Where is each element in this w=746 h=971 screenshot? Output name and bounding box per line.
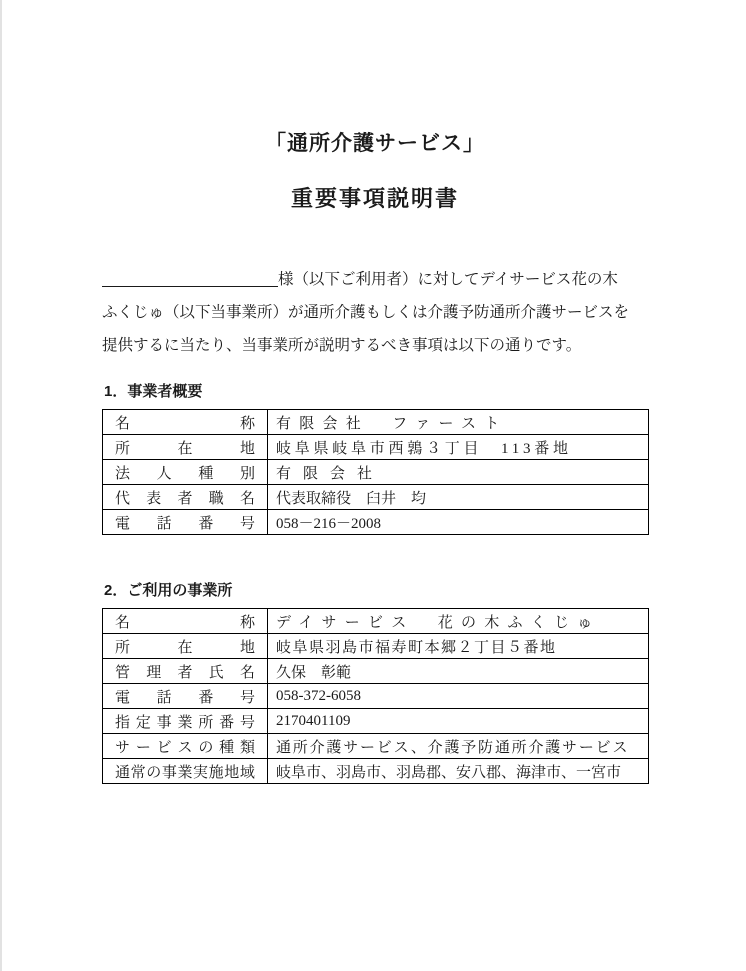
document-subtitle: 重要事項説明書	[102, 184, 648, 214]
intro-line-1-text: 様（以下ご利用者）に対してデイサービス花の木	[278, 271, 618, 288]
row-value: 通所介護サービス、介護予防通所介護サービス	[268, 734, 649, 759]
table-row: 法人種別 有限会社	[103, 460, 649, 485]
document-content: 「通所介護サービス」 重要事項説明書 様（以下ご利用者）に対してデイサービス花の…	[2, 0, 746, 784]
table-row: サービスの種類 通所介護サービス、介護予防通所介護サービス	[103, 734, 649, 759]
table-row: 通常の事業実施地域 岐阜市、羽島市、羽島郡、安八郡、海津市、一宮市	[103, 759, 649, 784]
row-label: 通常の事業実施地域	[115, 761, 255, 782]
row-value: 岐阜県岐阜市西鶉３丁目 113番地	[268, 435, 649, 460]
section-heading-operator: 1．事業者概要	[104, 382, 648, 402]
row-value: 2170401109	[268, 709, 649, 734]
row-value: 岐阜県羽島市福寿町本郷２丁目５番地	[268, 634, 649, 659]
row-value: 有限会社 ファースト	[268, 410, 649, 435]
row-value: 岐阜市、羽島市、羽島郡、安八郡、海津市、一宮市	[268, 759, 649, 784]
intro-paragraph: 様（以下ご利用者）に対してデイサービス花の木 ふくじゅ（以下当事業所）が通所介護…	[102, 263, 648, 362]
intro-line-2: ふくじゅ（以下当事業所）が通所介護もしくは介護予防通所介護サービスを	[102, 296, 648, 329]
row-label: 管理者氏名	[115, 661, 255, 682]
table-row: 電話番号 058－216－2008	[103, 510, 649, 535]
table-row: 所在地 岐阜県岐阜市西鶉３丁目 113番地	[103, 435, 649, 460]
row-label: 代表者職名	[115, 487, 255, 508]
row-label: 電話番号	[115, 686, 255, 707]
section-office-in-use: 2．ご利用の事業所 名称 デイサービス 花の木ふくじゅ 所在地 岐阜県羽島市福寿…	[102, 581, 648, 784]
row-label: 電話番号	[115, 512, 255, 533]
row-label: 名称	[115, 412, 255, 433]
table-row: 名称 有限会社 ファースト	[103, 410, 649, 435]
table-row: 名称 デイサービス 花の木ふくじゅ	[103, 609, 649, 634]
section-heading-office: 2．ご利用の事業所	[104, 581, 648, 601]
row-value: デイサービス 花の木ふくじゅ	[268, 609, 649, 634]
table-row: 代表者職名 代表取締役 臼井 均	[103, 485, 649, 510]
row-label: 指定事業所番号	[115, 711, 255, 732]
row-value: 058-372-6058	[268, 684, 649, 709]
row-label: 名称	[115, 611, 255, 632]
row-label: サービスの種類	[115, 736, 255, 757]
row-label: 所在地	[115, 636, 255, 657]
document-title: 「通所介護サービス」	[102, 128, 648, 158]
row-value: 代表取締役 臼井 均	[268, 485, 649, 510]
row-value: 有限会社	[268, 460, 649, 485]
section-operator-overview: 1．事業者概要 名称 有限会社 ファースト 所在地 岐阜県岐阜市西鶉３丁目 11…	[102, 382, 648, 535]
intro-line-1: 様（以下ご利用者）に対してデイサービス花の木	[102, 263, 648, 296]
row-value: 久保 彰範	[268, 659, 649, 684]
table-row: 指定事業所番号 2170401109	[103, 709, 649, 734]
operator-table: 名称 有限会社 ファースト 所在地 岐阜県岐阜市西鶉３丁目 113番地 法人種別…	[102, 409, 649, 535]
client-name-blank-underline	[102, 285, 278, 287]
office-table: 名称 デイサービス 花の木ふくじゅ 所在地 岐阜県羽島市福寿町本郷２丁目５番地 …	[102, 608, 649, 784]
row-label: 所在地	[115, 437, 255, 458]
intro-line-3: 提供するに当たり、当事業所が説明するべき事項は以下の通りです。	[102, 329, 648, 362]
document-page: 「通所介護サービス」 重要事項説明書 様（以下ご利用者）に対してデイサービス花の…	[0, 0, 746, 971]
row-label: 法人種別	[115, 462, 255, 483]
table-row: 所在地 岐阜県羽島市福寿町本郷２丁目５番地	[103, 634, 649, 659]
table-row: 管理者氏名 久保 彰範	[103, 659, 649, 684]
row-value: 058－216－2008	[268, 510, 649, 535]
table-row: 電話番号 058-372-6058	[103, 684, 649, 709]
